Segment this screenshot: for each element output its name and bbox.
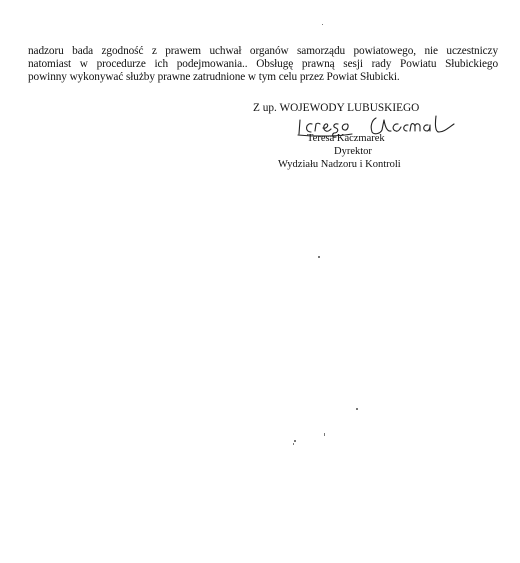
scan-speck (324, 433, 325, 436)
signatory-department: Wydziału Nadzoru i Kontroli (278, 158, 401, 171)
body-line: nadzoru bada zgodność z prawem uchwał or… (28, 45, 498, 58)
scan-speck (294, 440, 296, 442)
scan-speck (318, 256, 320, 258)
document-body-text: nadzoru bada zgodność z prawem uchwał or… (28, 45, 498, 84)
body-line: natomiast w procedurze ich podejmowania.… (28, 58, 498, 71)
document-page: nadzoru bada zgodność z prawem uchwał or… (0, 0, 520, 563)
scan-speck (293, 443, 294, 445)
scan-speck (322, 24, 323, 25)
signatory-name: Teresa Kaczmarek (307, 132, 385, 145)
signatory-title: Dyrektor (334, 145, 372, 158)
scan-speck (356, 408, 358, 410)
body-line: powinny wykonywać służby prawne zatrudni… (28, 71, 498, 84)
